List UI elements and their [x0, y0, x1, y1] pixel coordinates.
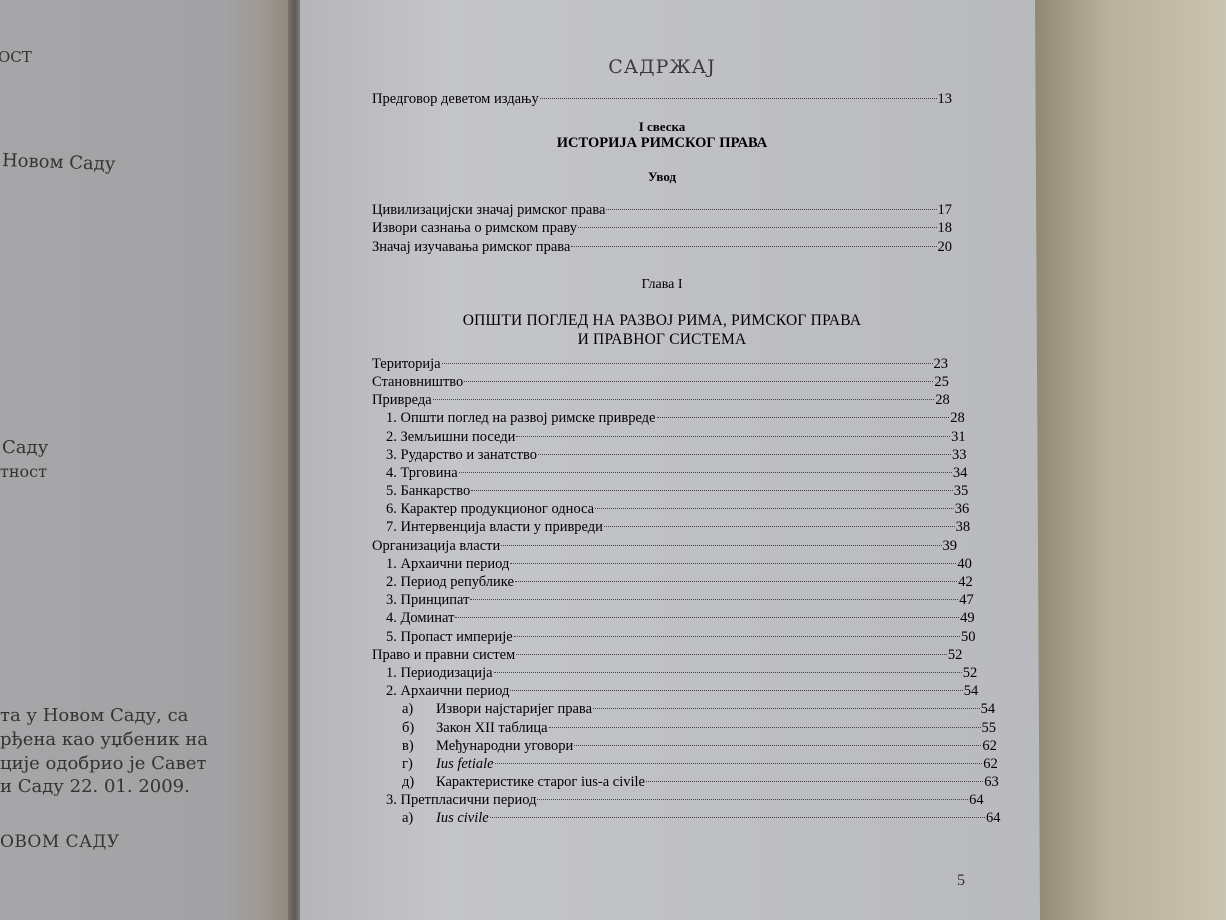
toc-entry-text: 2. Архаични период — [386, 683, 509, 699]
leader-dots — [540, 98, 937, 99]
leader-dots — [604, 526, 955, 527]
leader-dots — [495, 763, 983, 764]
toc-entry-text: Ius fetiale — [436, 756, 494, 772]
toc-entry-page: 64 — [969, 791, 984, 809]
volume-label: I свеска — [372, 118, 952, 135]
toc-entry-label: 2. Архаични период — [386, 682, 509, 700]
toc-entry-page: 42 — [958, 573, 973, 591]
chapter-entries: Територија23Становништво25Привреда281. О… — [372, 355, 952, 828]
left-page-text: ОВОМ САДУ — [0, 832, 120, 852]
toc-entry-text: Извори сазнања о римском праву — [372, 220, 577, 236]
leader-dots — [433, 399, 935, 400]
toc-entry-text: 4. Доминат — [386, 610, 454, 626]
toc-entry-text: Становништво — [372, 374, 463, 390]
leader-dots — [442, 363, 933, 364]
toc-entry-page: 18 — [938, 219, 953, 237]
toc-entry-label: Становништво — [372, 373, 463, 391]
toc-entry: 1. Општи поглед на развој римске привред… — [372, 409, 965, 427]
leader-dots — [571, 246, 936, 247]
toc-entry-label: Значај изучавања римског права — [372, 238, 570, 256]
toc-entry-page: 35 — [954, 482, 969, 500]
toc-entry: 2. Период републике42 — [372, 573, 973, 591]
toc-entry: Организација власти39 — [372, 537, 957, 555]
toc-entry: в)Међународни уговори62 — [372, 737, 997, 755]
toc-entry: 4. Трговина34 — [372, 464, 967, 482]
toc-entry-marker: д) — [402, 773, 436, 791]
toc-entry: б)Закон XII таблица55 — [372, 719, 996, 737]
toc-entry-marker: б) — [402, 719, 436, 737]
toc-entry: 3. Рударство и занатство33 — [372, 446, 967, 464]
toc-entry-text: 3. Рударство и занатство — [386, 447, 537, 463]
toc-entry-page: 13 — [938, 90, 953, 108]
toc-entry-text: 1. Периодизација — [386, 665, 493, 681]
volume-title: ИСТОРИЈА РИМСКОГ ПРАВА — [372, 135, 952, 152]
toc-entry-preface: Предговор деветом издању 13 — [372, 90, 952, 108]
toc-entry-label: 2. Земљишни поседи — [386, 428, 515, 446]
toc-entry: 3. Принципат47 — [372, 591, 974, 609]
toc-entry: 4. Доминат49 — [372, 609, 975, 627]
toc-entry: 1. Периодизација52 — [372, 664, 977, 682]
left-page-text: Новом Саду — [2, 150, 116, 175]
toc-entry-label: в)Међународни уговори — [402, 737, 573, 755]
toc-entry-marker: г) — [402, 755, 436, 773]
toc-entry-text: 2. Земљишни поседи — [386, 429, 515, 445]
toc-entry-page: 55 — [982, 719, 997, 737]
leader-dots — [516, 654, 947, 655]
intro-heading: Увод — [372, 168, 952, 185]
book-gutter — [288, 0, 302, 920]
toc-entry-page: 38 — [956, 518, 971, 536]
toc-entry-label: а)Извори најстаријег права — [402, 700, 592, 718]
chapter-title-line1: ОПШТИ ПОГЛЕД НА РАЗВОЈ РИМА, РИМСКОГ ПРА… — [372, 311, 952, 330]
left-page: ОСТ Новом Саду Саду тност та у Новом Сад… — [0, 0, 300, 920]
toc-entry-text: Привреда — [372, 392, 432, 408]
toc-entry-text: 6. Карактер продукционог односа — [386, 501, 594, 517]
toc-entry-text: 2. Период републике — [386, 574, 514, 590]
toc-entry-label: Територија — [372, 355, 441, 373]
toc-entry-page: 40 — [957, 555, 972, 573]
toc-entry-text: 7. Интервенција власти у привреди — [386, 519, 603, 535]
page-number: 5 — [957, 872, 965, 890]
toc-entry-page: 28 — [950, 409, 965, 427]
toc-entry-label: Предговор деветом издању — [372, 90, 539, 108]
toc-entry: 6. Карактер продукционог односа36 — [372, 500, 969, 518]
toc-entry-page: 54 — [981, 700, 996, 718]
toc-entry-text: Право и правни систем — [372, 647, 515, 663]
toc-entry: 3. Претпласични период64 — [372, 791, 984, 809]
toc-entry-text: 5. Банкарство — [386, 483, 470, 499]
table-of-contents: САДРЖАЈ Предговор деветом издању 13 I св… — [372, 50, 952, 828]
leader-dots — [490, 817, 985, 818]
toc-entry-text: 4. Трговина — [386, 465, 458, 481]
toc-entry-text: Организација власти — [372, 538, 500, 554]
leader-dots — [646, 781, 983, 782]
toc-entry-label: 6. Карактер продукционог односа — [386, 500, 594, 518]
toc-entry-page: 63 — [984, 773, 999, 791]
leader-dots — [595, 508, 954, 509]
toc-entry-text: Територија — [372, 356, 441, 372]
left-page-text: та у Новом Саду, са — [0, 705, 188, 726]
toc-entry-text: Ius civile — [436, 810, 489, 826]
toc-entry-page: 47 — [959, 591, 974, 609]
toc-entry: а)Извори најстаријег права54 — [372, 700, 995, 718]
toc-entry-text: 1. Архаични период — [386, 556, 509, 572]
toc-entry-text: 3. Претпласични период — [386, 792, 536, 808]
toc-entry: Право и правни систем52 — [372, 646, 962, 664]
intro-list: Цивилизацијски значај римског права17Изв… — [372, 201, 952, 256]
toc-entry-page: 25 — [934, 373, 949, 391]
left-page-text: и Саду 22. 01. 2009. — [0, 776, 190, 797]
background-surface — [1030, 0, 1226, 920]
toc-entry-page: 64 — [986, 809, 1001, 827]
toc-entry-page: 54 — [964, 682, 979, 700]
toc-entry-page: 20 — [938, 238, 953, 256]
toc-entry-page: 23 — [934, 355, 949, 373]
leader-dots — [549, 727, 981, 728]
leader-dots — [501, 545, 941, 546]
toc-entry-page: 62 — [983, 755, 998, 773]
toc-entry-marker: а) — [402, 809, 436, 827]
toc-entry-text: 5. Пропаст империје — [386, 629, 513, 645]
toc-entry-marker: а) — [402, 700, 436, 718]
toc-entry-page: 36 — [955, 500, 970, 518]
leader-dots — [574, 745, 981, 746]
toc-entry-page: 52 — [948, 646, 963, 664]
toc-entry-label: а)Ius civile — [402, 809, 489, 827]
toc-entry-page: 31 — [951, 428, 966, 446]
leader-dots — [470, 599, 958, 600]
leader-dots — [515, 581, 957, 582]
leader-dots — [606, 209, 936, 210]
toc-entry-text: Цивилизацијски значај римског права — [372, 202, 605, 218]
toc-entry: г)Ius fetiale62 — [372, 755, 998, 773]
toc-entry: 2. Архаични период54 — [372, 682, 978, 700]
toc-entry-text: 1. Општи поглед на развој римске привред… — [386, 410, 656, 426]
toc-entry-page: 28 — [935, 391, 950, 409]
toc-entry-page: 62 — [982, 737, 997, 755]
leader-dots — [578, 227, 937, 228]
toc-entry-label: 1. Архаични период — [386, 555, 509, 573]
toc-entry-label: Цивилизацијски значај римског права — [372, 201, 605, 219]
toc-entry: а)Ius civile64 — [372, 809, 1001, 827]
toc-entry-page: 33 — [952, 446, 967, 464]
toc-entry-text: Међународни уговори — [436, 738, 573, 754]
toc-entry-label: 7. Интервенција власти у привреди — [386, 518, 603, 536]
toc-entry-label: 2. Период републике — [386, 573, 514, 591]
toc-entry-text: Карактеристике старог ius-а civile — [436, 774, 645, 790]
toc-entry: Привреда28 — [372, 391, 950, 409]
toc-entry: д)Карактеристике старог ius-а civile63 — [372, 773, 999, 791]
left-page-text: ције одобрио је Савет — [0, 753, 206, 774]
leader-dots — [471, 490, 952, 491]
toc-entry-label: 3. Принципат — [386, 591, 469, 609]
toc-title: САДРЖАЈ — [372, 56, 952, 90]
toc-entry: 5. Пропаст империје50 — [372, 628, 976, 646]
leader-dots — [459, 472, 952, 473]
toc-entry-label: 3. Претпласични период — [386, 791, 536, 809]
toc-entry-page: 34 — [953, 464, 968, 482]
toc-entry: 5. Банкарство35 — [372, 482, 968, 500]
toc-entry-page: 49 — [960, 609, 975, 627]
leader-dots — [455, 617, 959, 618]
toc-entry-label: Право и правни систем — [372, 646, 515, 664]
toc-entry: 2. Земљишни поседи31 — [372, 428, 966, 446]
leader-dots — [657, 417, 950, 418]
toc-entry: Извори сазнања о римском праву18 — [372, 219, 952, 237]
leader-dots — [537, 799, 968, 800]
toc-entry-label: д)Карактеристике старог ius-а civile — [402, 773, 645, 791]
toc-entry-label: 1. Периодизација — [386, 664, 493, 682]
toc-entry-label: г)Ius fetiale — [402, 755, 494, 773]
left-page-text: тност — [0, 462, 47, 481]
toc-entry-page: 52 — [963, 664, 978, 682]
toc-entry-label: 1. Општи поглед на развој римске привред… — [386, 409, 656, 427]
leader-dots — [538, 454, 951, 455]
chapter-label: Глава I — [372, 276, 952, 293]
leader-dots — [514, 636, 960, 637]
leader-dots — [516, 436, 950, 437]
toc-entry: 7. Интервенција власти у привреди38 — [372, 518, 970, 536]
toc-entry-label: б)Закон XII таблица — [402, 719, 548, 737]
leader-dots — [510, 690, 962, 691]
toc-entry-label: Организација власти — [372, 537, 500, 555]
leader-dots — [593, 708, 980, 709]
toc-entry-label: 5. Банкарство — [386, 482, 470, 500]
toc-entry: 1. Архаични период40 — [372, 555, 972, 573]
toc-entry-page: 17 — [938, 201, 953, 219]
toc-entry-label: Привреда — [372, 391, 432, 409]
chapter-title-line2: И ПРАВНОГ СИСТЕМА — [372, 330, 952, 349]
toc-entry-marker: в) — [402, 737, 436, 755]
toc-entry-label: 4. Трговина — [386, 464, 458, 482]
toc-entry-page: 50 — [961, 628, 976, 646]
toc-entry-text: Закон XII таблица — [436, 720, 548, 736]
toc-entry: Територија23 — [372, 355, 948, 373]
left-page-text: ОСТ — [0, 48, 32, 66]
toc-entry-label: 3. Рударство и занатство — [386, 446, 537, 464]
toc-entry: Цивилизацијски значај римског права17 — [372, 201, 952, 219]
leader-dots — [510, 563, 956, 564]
toc-entry: Значај изучавања римског права20 — [372, 238, 952, 256]
leader-dots — [494, 672, 962, 673]
toc-entry-page: 39 — [943, 537, 958, 555]
left-page-text: Саду — [2, 437, 48, 458]
toc-entry-text: Значај изучавања римског права — [372, 239, 570, 255]
toc-entry-label: 5. Пропаст империје — [386, 628, 513, 646]
toc-entry-text: 3. Принципат — [386, 592, 469, 608]
toc-entry-label: Извори сазнања о римском праву — [372, 219, 577, 237]
toc-entry-text: Извори најстаријег права — [436, 701, 592, 717]
left-page-text: рђена као уџбеник на — [0, 729, 208, 750]
leader-dots — [464, 381, 933, 382]
toc-entry: Становништво25 — [372, 373, 949, 391]
toc-entry-label: 4. Доминат — [386, 609, 454, 627]
